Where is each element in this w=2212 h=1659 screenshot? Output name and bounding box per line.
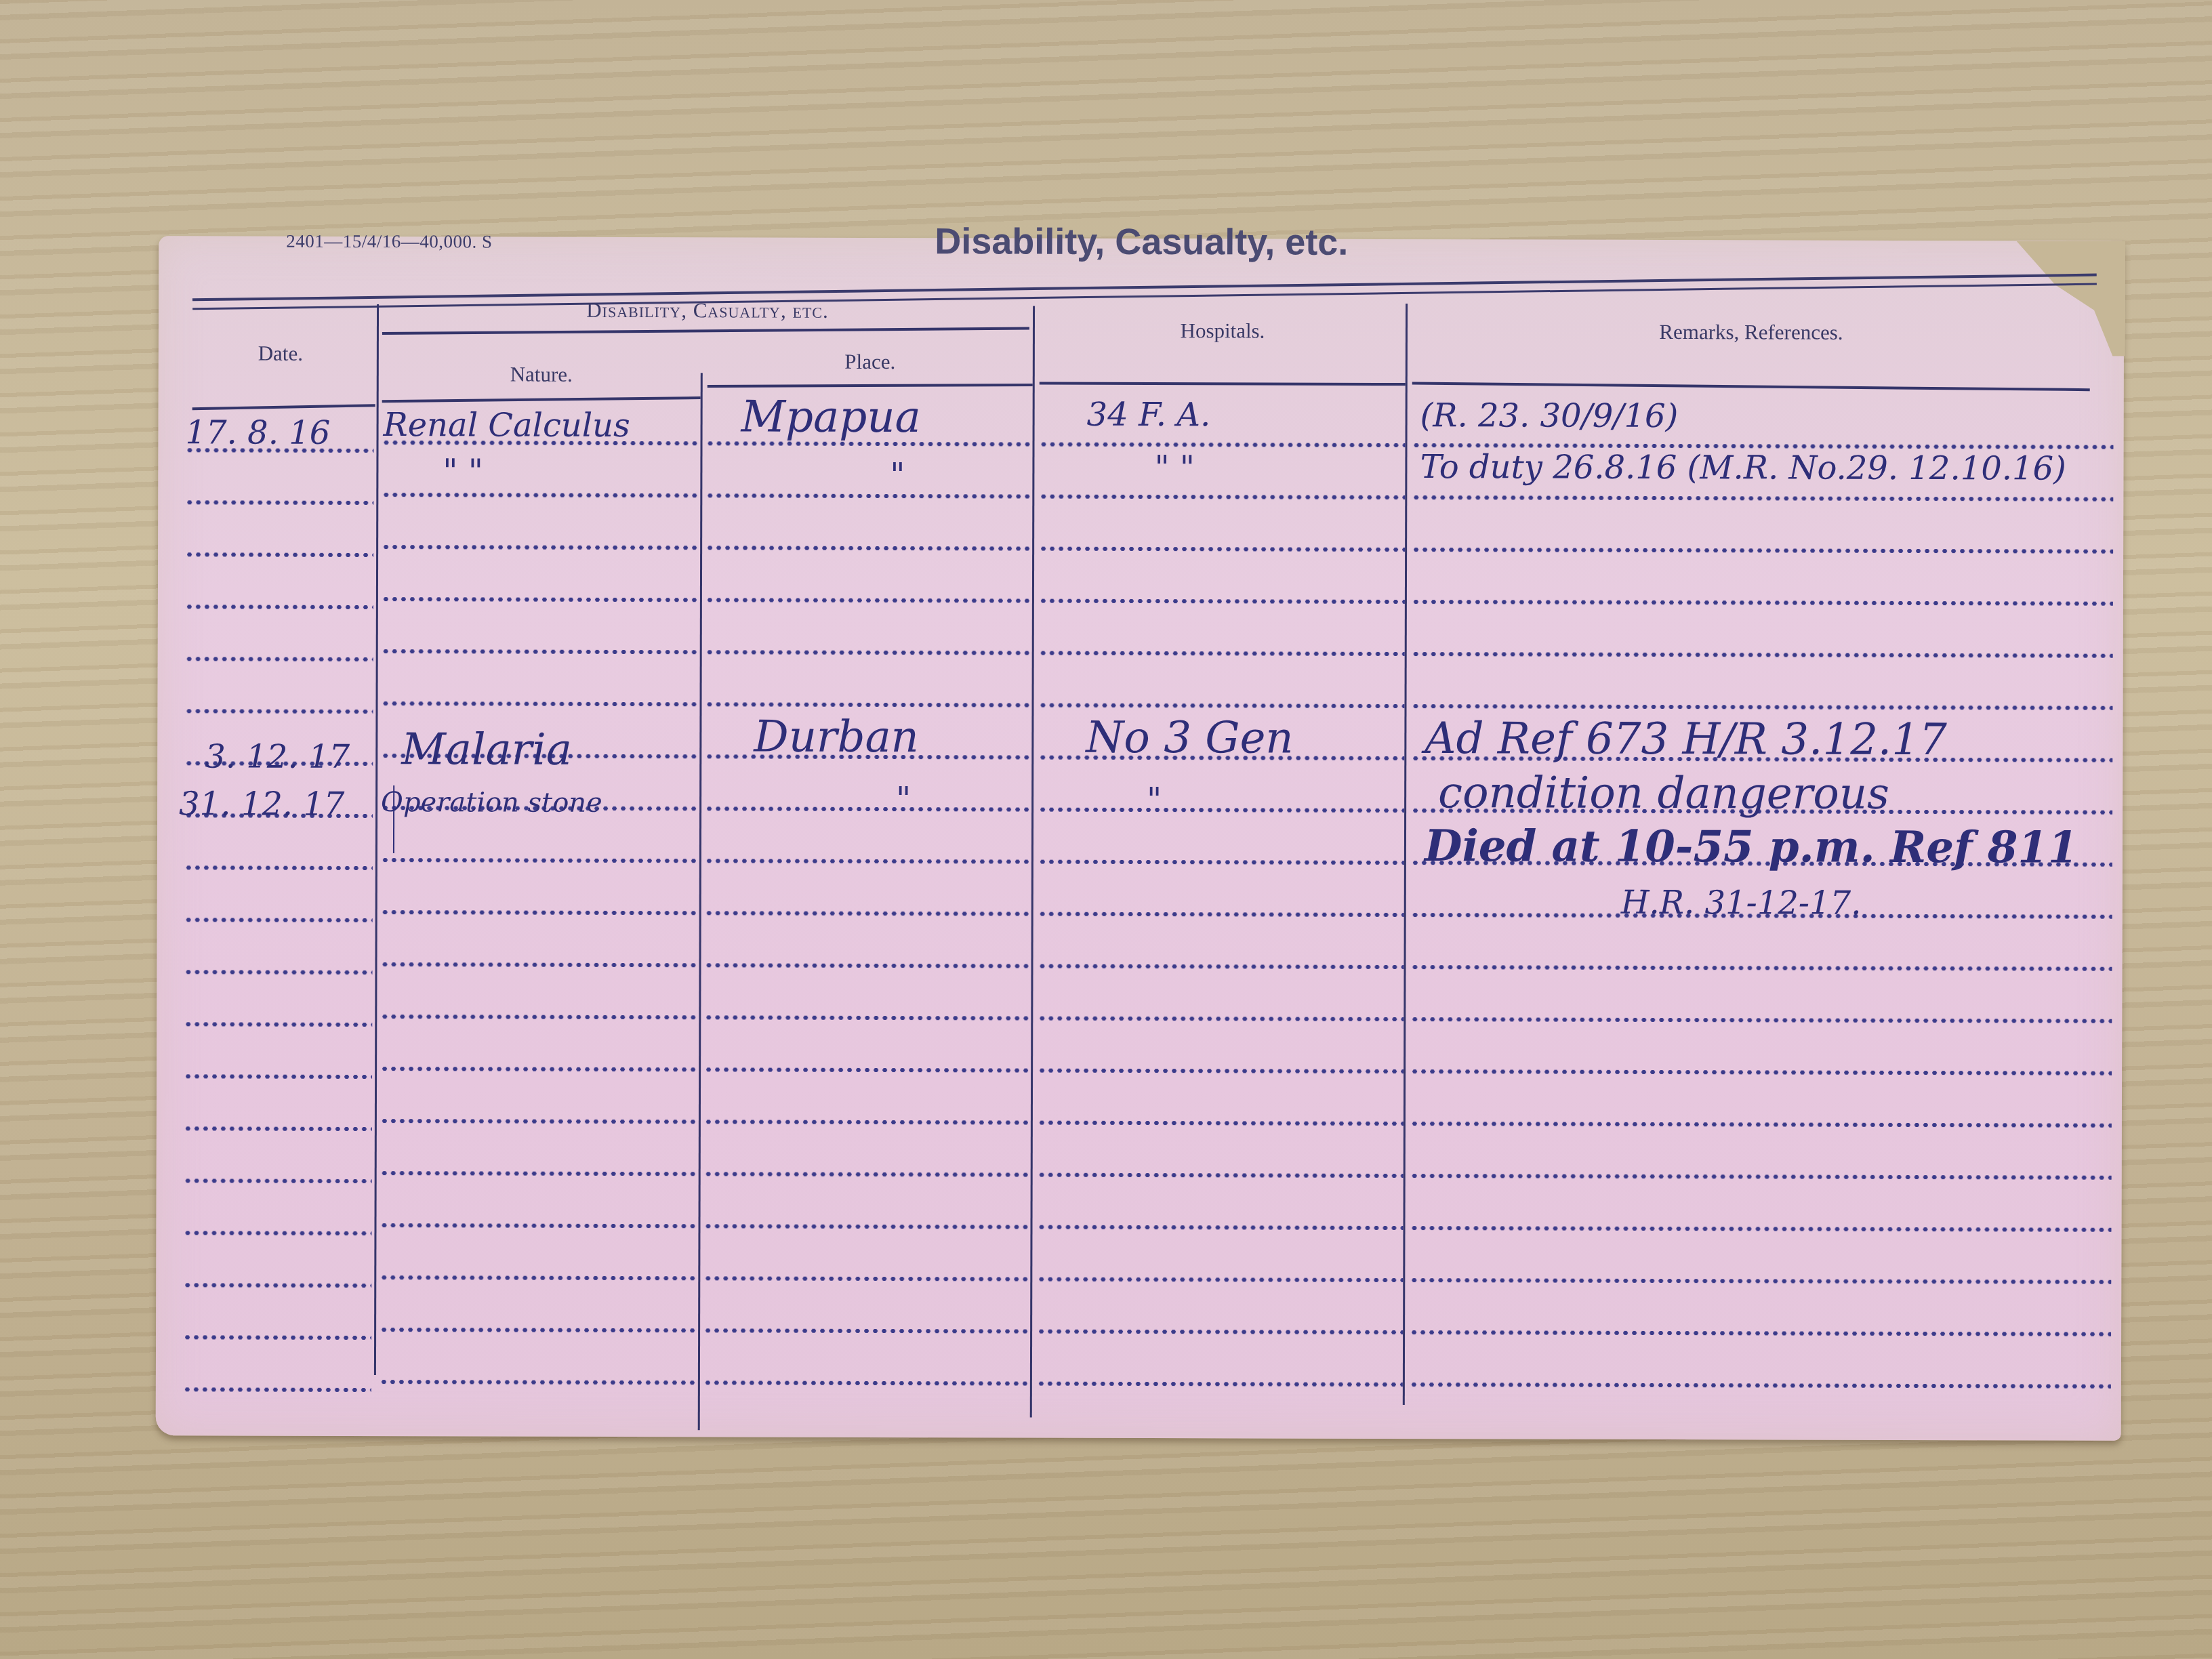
entry-3-hospital: No 3 Gen [1086,713,1293,764]
dotted-line [1037,1381,1403,1387]
entry-1-nature: Renal Calculus [384,406,630,445]
entry-2-place: " [890,456,905,494]
header-nature: Nature. [382,362,701,387]
dotted-line [1038,1172,1404,1179]
dotted-line [1039,598,1405,605]
entry-4-nature: Operation stone [381,787,602,819]
dotted-line [1410,1173,2112,1181]
col-divider-hospitals [1403,304,1408,1405]
entry-1-remarks: (R. 23. 30/9/16) [1420,396,1679,435]
header-place: Place. [708,349,1033,374]
dotted-line [1410,964,2112,972]
dotted-line [1412,547,2113,554]
dotted-line [1410,1382,2111,1389]
dotted-line [705,493,1032,499]
dotted-line [185,499,373,506]
dotted-line [703,1223,1030,1229]
dotted-line [704,1015,1031,1021]
dotted-line [380,1066,699,1072]
dotted-line [184,1073,372,1080]
dotted-line [183,1282,371,1288]
dotted-line [704,1067,1031,1073]
dotted-line [1038,807,1404,813]
dotted-line [184,917,373,923]
entry-3-nature: Malaria [401,724,572,775]
dotted-line [1038,859,1404,865]
dotted-line [1038,912,1404,918]
entry-3-date: 3. 12. 17 [205,737,350,776]
dotted-line [703,1328,1030,1334]
header-remarks: Remarks, References. [1412,319,2090,346]
dotted-line [380,1170,699,1176]
dotted-line [380,1014,699,1020]
dotted-line [705,701,1032,708]
header-rule-remarks [1412,382,2090,392]
dotted-line [1410,1017,2112,1024]
entry-4-hospital: " [1147,781,1162,819]
dotted-line [380,1118,699,1124]
dotted-line [382,649,700,655]
dotted-line [705,649,1032,655]
dotted-line [184,969,372,975]
dotted-line [1037,1329,1403,1335]
dotted-line [703,1275,1030,1282]
header-rule-nature [382,396,701,403]
dotted-line [184,865,373,871]
dotted-line [704,1119,1031,1125]
dotted-line [1410,1121,2112,1128]
dotted-line [382,492,700,498]
col-divider-nature [698,373,703,1430]
dotted-line [1412,495,2113,502]
dotted-line [184,1126,372,1132]
dotted-line [704,962,1031,968]
dotted-line [703,1380,1030,1386]
dotted-line [704,1171,1031,1177]
dotted-line [1410,1069,2112,1076]
entry-4-place: " [896,780,911,818]
dotted-line [705,910,1031,916]
dotted-line [183,1230,371,1236]
header-rule-hospitals [1040,382,1406,386]
pen-stroke [393,785,394,853]
entry-5-remarks: Died at 10-55 p.m. Ref 811 [1425,821,2078,874]
entry-2-remarks: To duty 26.8.16 (M.R. No.29. 12.10.16) [1420,448,2066,487]
dotted-line [1039,546,1405,552]
dotted-line [380,962,699,968]
dotted-line [380,1379,698,1385]
dotted-line [1038,1120,1404,1126]
header-rule-date [192,404,375,410]
dotted-line [380,1223,698,1229]
dotted-line [1412,599,2113,607]
dotted-line [1039,651,1405,657]
dotted-line [185,552,373,558]
dotted-line [382,596,700,602]
dotted-line [381,909,699,916]
dotted-line [705,545,1032,551]
dotted-line [184,1178,372,1184]
entry-1-hospital: 34 F. A. [1087,396,1211,434]
dotted-line [1410,1225,2111,1233]
entry-3-remarks: Ad Ref 673 H/R 3.12.17 [1425,714,1947,765]
dotted-line [705,597,1032,603]
dotted-line [1038,964,1404,970]
header-group-rule [382,327,1029,335]
entry-2-nature: " " [443,452,483,490]
dotted-line [382,544,700,550]
dotted-line [185,604,373,610]
dotted-line [183,1334,371,1340]
entry-6-remarks: H.R. 31-12-17. [1621,884,1862,922]
card-title: Disability, Casualty, etc. [159,218,2124,266]
entry-4-remarks: condition dangerous [1438,768,1889,819]
casualty-card: 2401—15/4/16—40,000. S Disability, Casua… [156,236,2125,1441]
dotted-line [705,806,1031,812]
dotted-line [382,701,700,707]
dotted-line [380,1275,698,1281]
header-date: Date. [186,341,375,366]
header-group: Disability, Casualty, etc. [382,298,1033,324]
dotted-line [1038,1068,1404,1074]
entry-4-date: 31. 12. 17 [179,785,344,823]
dotted-line [1410,1277,2111,1285]
dotted-line [185,656,373,662]
header-rule-place [708,384,1033,388]
dotted-line [1037,1225,1403,1231]
dotted-line [183,1387,371,1393]
dotted-line [705,858,1031,864]
col-divider-date [374,304,379,1375]
dotted-line [1040,442,1406,448]
entry-1-date: 17. 8. 16 [185,413,330,452]
header-hospitals: Hospitals. [1040,319,1406,344]
entry-1-place: Mpapua [741,392,921,443]
dotted-line [184,708,373,714]
dotted-line [1410,1330,2111,1337]
dotted-line [1412,651,2113,659]
dotted-line [1412,703,2113,711]
dotted-line [381,857,699,863]
dotted-line [1037,1277,1403,1283]
entry-3-place: Durban [754,712,919,763]
dotted-line [184,1021,372,1027]
dotted-line [1039,494,1405,500]
dotted-line [380,1327,698,1333]
dotted-line [1038,1016,1404,1022]
entry-2-hospital: " " [1154,449,1195,487]
dotted-line [1039,703,1405,709]
